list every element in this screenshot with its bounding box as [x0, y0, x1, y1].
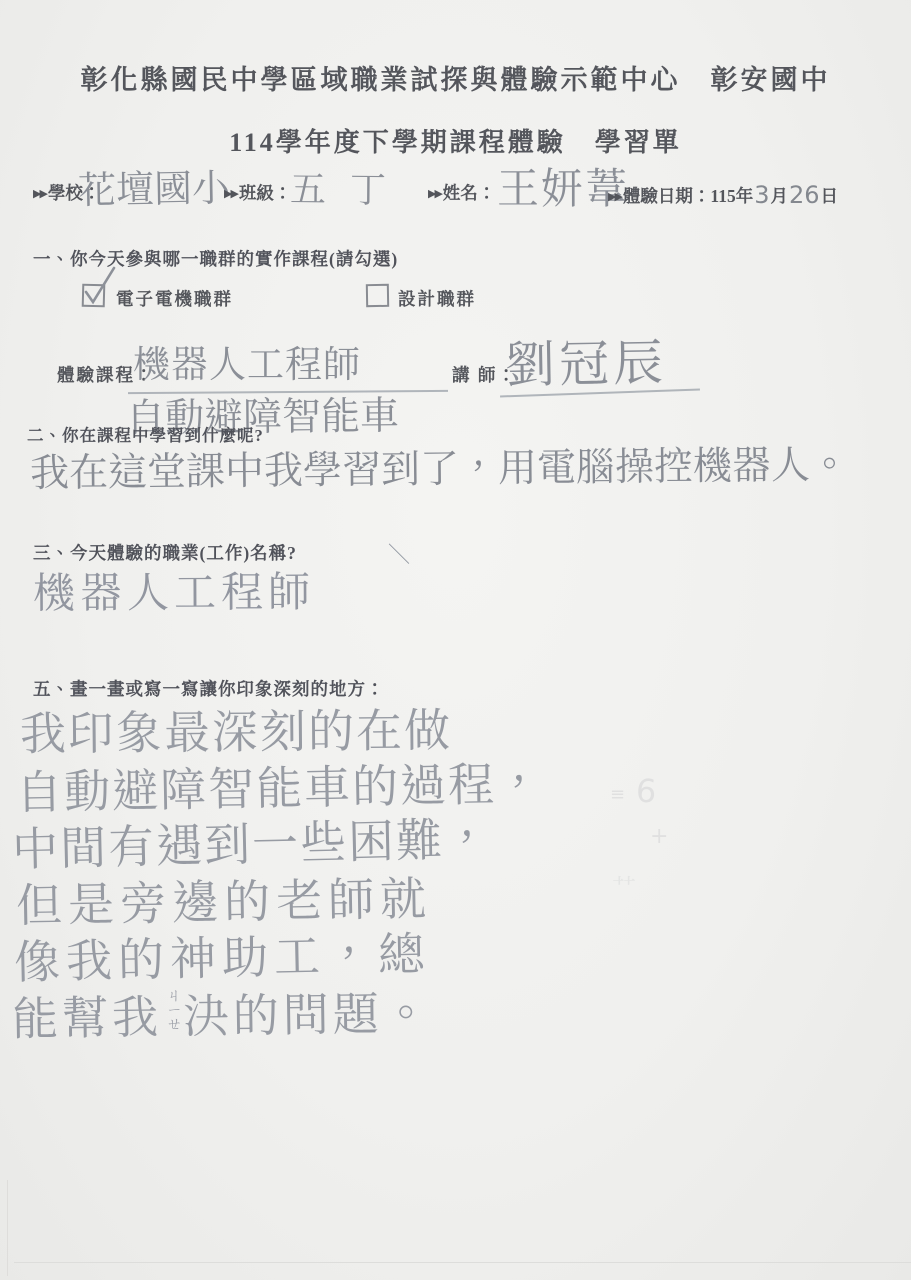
name-field: ▶▶姓名： [428, 180, 495, 205]
paper-left-edge [7, 1180, 8, 1276]
date-field: ▶▶體驗日期：115年3月26日 [608, 180, 838, 208]
class-value-handwritten: 五丁 [290, 161, 410, 213]
page-subtitle: 114學年度下學期課程體驗 學習單 [0, 122, 911, 159]
page-title: 彰化縣國民中學區域職業試探與體驗示範中心 彰安國中 [0, 58, 911, 97]
faint-pencil-mark: + [650, 824, 668, 849]
date-year: 115年 [710, 186, 753, 206]
stray-pencil-mark: ＼ [388, 538, 410, 569]
question-3-answer-handwritten: 機器人工程師 [33, 559, 315, 620]
faint-pencil-mark: 6 [635, 771, 658, 810]
course-value-line1-handwritten: 機器人工程師 [133, 334, 361, 388]
q5-line6-pre: 能幫我 [12, 990, 163, 1046]
question-2-answer-handwritten: 我在這堂課中我學習到了，用電腦操控機器人。 [30, 434, 850, 499]
q5-line6-post: 決的問題。 [182, 986, 433, 1043]
option-electronics-label: 電子電機職群 [116, 286, 233, 311]
faint-pencil-mark: ≡ [610, 784, 625, 805]
class-label: 班級： [239, 183, 292, 203]
double-arrow-icon: ▶▶ [608, 191, 621, 203]
worksheet-page: 彰化縣國民中學區域職業試探與體驗示範中心 彰安國中 114學年度下學期課程體驗 … [0, 0, 911, 1280]
faint-pencil-mark: 艹 [612, 868, 636, 903]
q5-line6-zhuyin-annotation: ㄐㄧㄝ [164, 987, 181, 1032]
date-day-unit: 日 [821, 186, 839, 206]
date-label: 體驗日期： [623, 186, 711, 206]
option-design-label: 設計職群 [398, 286, 476, 311]
date-day-handwritten: 26 [789, 181, 820, 209]
double-arrow-icon: ▶▶ [224, 188, 237, 200]
class-field: ▶▶班級： [224, 180, 291, 205]
name-label: 姓名： [443, 183, 496, 203]
double-arrow-icon: ▶▶ [428, 188, 441, 200]
school-value-handwritten: 花壇國小 [78, 157, 231, 215]
double-arrow-icon: ▶▶ [33, 188, 46, 200]
checkbox-electronics [82, 284, 106, 308]
instructor-value-handwritten: 劉冠辰 [504, 323, 667, 398]
date-month-handwritten: 3 [754, 181, 769, 209]
paper-bottom-edge [14, 1262, 911, 1263]
date-month-unit: 月 [771, 186, 789, 206]
q5-answer-line-6: 能幫我ㄐㄧㄝ決的問題。 [12, 977, 434, 1049]
question-1: 一、你今天參與哪一職群的實作課程(請勾選) [33, 246, 398, 271]
checkbox-design [366, 284, 389, 307]
